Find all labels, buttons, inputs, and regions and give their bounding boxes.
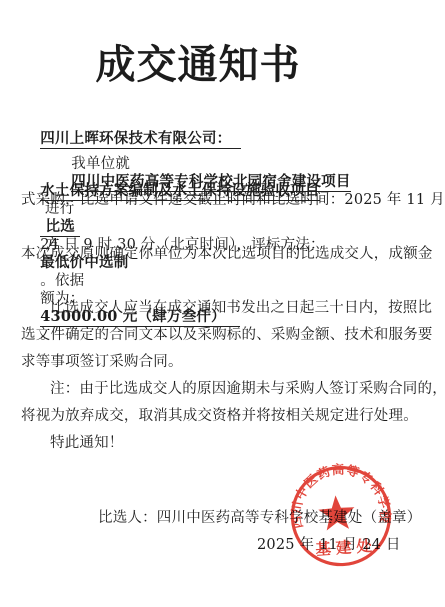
para2-line-3: 求等事项签订采购合同。 [21, 353, 183, 371]
para3-line-1: 注：由于比选成交人的原因逾期未与采购人签订采购合同的， [50, 380, 445, 398]
body-line-7: 额为： 43000.00 元（肆万叁仟） 。 [21, 272, 240, 362]
document-page: 成交通知书 四川上晖环保技术有限公司： 我单位就 四川中医药高等专科学校北园宿舍… [0, 0, 445, 607]
para2-line-1: 比选成交人应当在成交通知书发出之日起三十日内，按照比 [50, 299, 432, 317]
body-line-6: 本次成交原则确定你单位为本次比选项目的比选成交人，成额金 [21, 245, 433, 263]
body-line-4: 式采购，比选申请文件递交截止时间和比选时间：2025 年 11 月 [21, 191, 445, 209]
star-icon [317, 494, 356, 531]
document-title: 成交通知书 [0, 33, 396, 90]
official-seal: 四川中医药高等专科学校 基建处 [282, 458, 401, 576]
para2-line-2: 选文件确定的合同文本以及采购标的、采购金额、技术和服务要 [21, 326, 433, 344]
closing-line: 特此通知！ [50, 434, 124, 452]
para3-line-2: 将视为放弃成交，取消其成交资格并将按相关规定进行处理。 [21, 407, 418, 425]
